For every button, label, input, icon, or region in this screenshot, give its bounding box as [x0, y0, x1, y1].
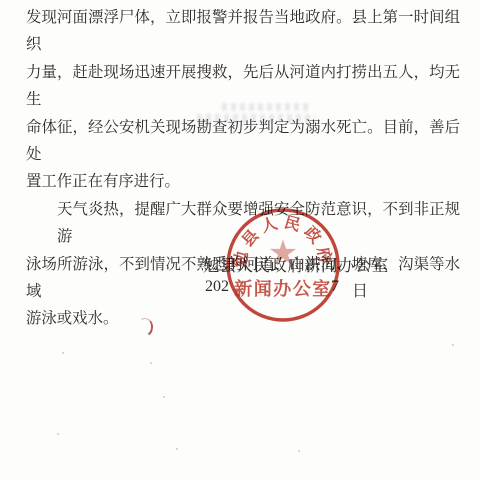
scan-speck: [452, 344, 454, 346]
seal-star-icon: ★: [268, 235, 298, 272]
scan-speck: [176, 448, 178, 450]
scan-speck: [298, 450, 300, 452]
watermark-smudge: [222, 103, 310, 111]
scan-speck: [62, 352, 64, 354]
watermark-smudge: [197, 114, 315, 123]
scan-speck: [163, 396, 165, 398]
scan-speck: [57, 433, 59, 435]
seal-label: 新闻办公室: [234, 278, 332, 299]
official-seal: 勉县人民政府 ★ 新闻办公室: [224, 206, 342, 324]
date-fragment-suffix: 日: [352, 278, 368, 301]
scan-speck: [150, 362, 152, 364]
body-line: 置工作正在有序进行。: [26, 168, 460, 195]
scanned-notice-page: 发现河面漂浮尸体，立即报警并报告当地政府。县上第一时间组织 力量，赶赴现场迅速开…: [0, 0, 480, 480]
body-line: 发现河面漂浮尸体，立即报警并报告当地政府。县上第一时间组织: [26, 4, 460, 59]
